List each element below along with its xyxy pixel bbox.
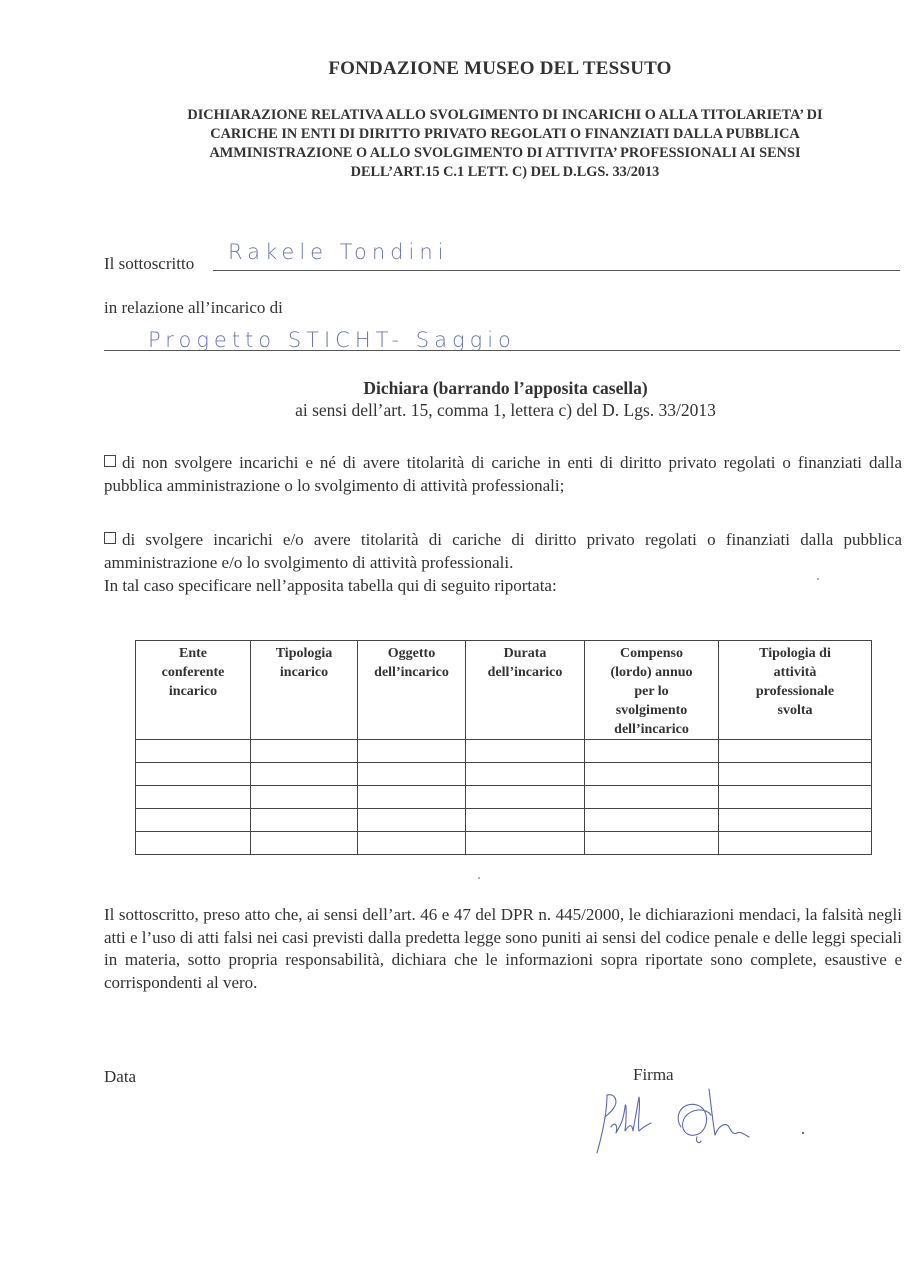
assignment-underline <box>104 350 900 351</box>
header-ente-conferente: Ente conferente incarico <box>136 641 251 740</box>
header-tipologia-incarico: Tipologia incarico <box>251 641 358 740</box>
assignment-field[interactable]: Progetto STICHT- Saggio <box>148 328 516 352</box>
table-cell[interactable] <box>719 786 872 809</box>
table-cell[interactable] <box>136 740 251 763</box>
table-cell[interactable] <box>719 740 872 763</box>
scan-speck <box>478 877 480 879</box>
declaration-subtitle: ai sensi dell’art. 15, comma 1, lettera … <box>100 400 911 421</box>
table-cell[interactable] <box>466 786 585 809</box>
option-holding-checkbox[interactable] <box>104 532 116 544</box>
option-not-holding: di non svolgere incarichi e né di avere … <box>104 452 902 497</box>
undersigned-underline <box>213 270 900 271</box>
table-cell[interactable] <box>136 809 251 832</box>
subtitle-line: CARICHE IN ENTI DI DIRITTO PRIVATO REGOL… <box>120 125 890 144</box>
table-cell[interactable] <box>719 763 872 786</box>
table-cell[interactable] <box>719 832 872 855</box>
undersigned-name-field[interactable]: Rakele Tondini <box>228 240 449 264</box>
option-holding: di svolgere incarichi e/o avere titolari… <box>104 529 902 574</box>
table-row <box>136 809 872 832</box>
table-cell[interactable] <box>358 786 466 809</box>
undersigned-label: Il sottoscritto <box>104 254 194 274</box>
table-cell[interactable] <box>358 832 466 855</box>
table-cell[interactable] <box>136 832 251 855</box>
signature-image <box>585 1075 815 1165</box>
table-cell[interactable] <box>251 832 358 855</box>
subtitle-line: AMMINISTRAZIONE O ALLO SVOLGIMENTO DI AT… <box>120 144 890 163</box>
header-compenso: Compenso (lordo) annuo per lo svolgiment… <box>585 641 719 740</box>
table-cell[interactable] <box>136 763 251 786</box>
header-durata: Durata dell’incarico <box>466 641 585 740</box>
header-tipologia-attivita: Tipologia di attività professionale svol… <box>719 641 872 740</box>
table-cell[interactable] <box>719 809 872 832</box>
table-cell[interactable] <box>466 809 585 832</box>
table-cell[interactable] <box>585 786 719 809</box>
document-title: FONDAZIONE MUSEO DEL TESSUTO <box>0 58 911 80</box>
subtitle-line: DELL’ART.15 C.1 LETT. C) DEL D.LGS. 33/2… <box>120 163 890 182</box>
table-cell[interactable] <box>358 809 466 832</box>
header-oggetto: Oggetto dell’incarico <box>358 641 466 740</box>
table-row <box>136 786 872 809</box>
table-cell[interactable] <box>358 740 466 763</box>
declaration-title: Dichiara (barrando l’apposita casella) <box>100 378 911 399</box>
date-label: Data <box>104 1067 136 1087</box>
table-row <box>136 763 872 786</box>
document-subtitle: DICHIARAZIONE RELATIVA ALLO SVOLGIMENTO … <box>120 106 890 182</box>
option-not-holding-text: di non svolgere incarichi e né di avere … <box>104 453 902 495</box>
table-cell[interactable] <box>136 786 251 809</box>
responsibility-statement: Il sottoscritto, preso atto che, ai sens… <box>104 904 902 994</box>
option-holding-text: di svolgere incarichi e/o avere titolari… <box>104 530 902 572</box>
table-cell[interactable] <box>585 809 719 832</box>
table-cell[interactable] <box>251 809 358 832</box>
table-cell[interactable] <box>585 763 719 786</box>
option-not-holding-checkbox[interactable] <box>104 455 116 467</box>
assignment-label: in relazione all’incarico di <box>104 298 283 318</box>
table-cell[interactable] <box>466 763 585 786</box>
table-row <box>136 740 872 763</box>
subtitle-line: DICHIARAZIONE RELATIVA ALLO SVOLGIMENTO … <box>120 106 890 125</box>
table-cell[interactable] <box>251 740 358 763</box>
assignments-table: Ente conferente incarico Tipologia incar… <box>135 640 872 855</box>
table-cell[interactable] <box>466 832 585 855</box>
table-instruction: In tal caso specificare nell’apposita ta… <box>104 575 902 598</box>
table-cell[interactable] <box>585 740 719 763</box>
table-cell[interactable] <box>358 763 466 786</box>
scan-speck <box>817 578 819 580</box>
table-cell[interactable] <box>466 740 585 763</box>
table-cell[interactable] <box>251 763 358 786</box>
table-cell[interactable] <box>251 786 358 809</box>
table-row <box>136 832 872 855</box>
table-cell[interactable] <box>585 832 719 855</box>
table-header-row: Ente conferente incarico Tipologia incar… <box>136 641 872 740</box>
